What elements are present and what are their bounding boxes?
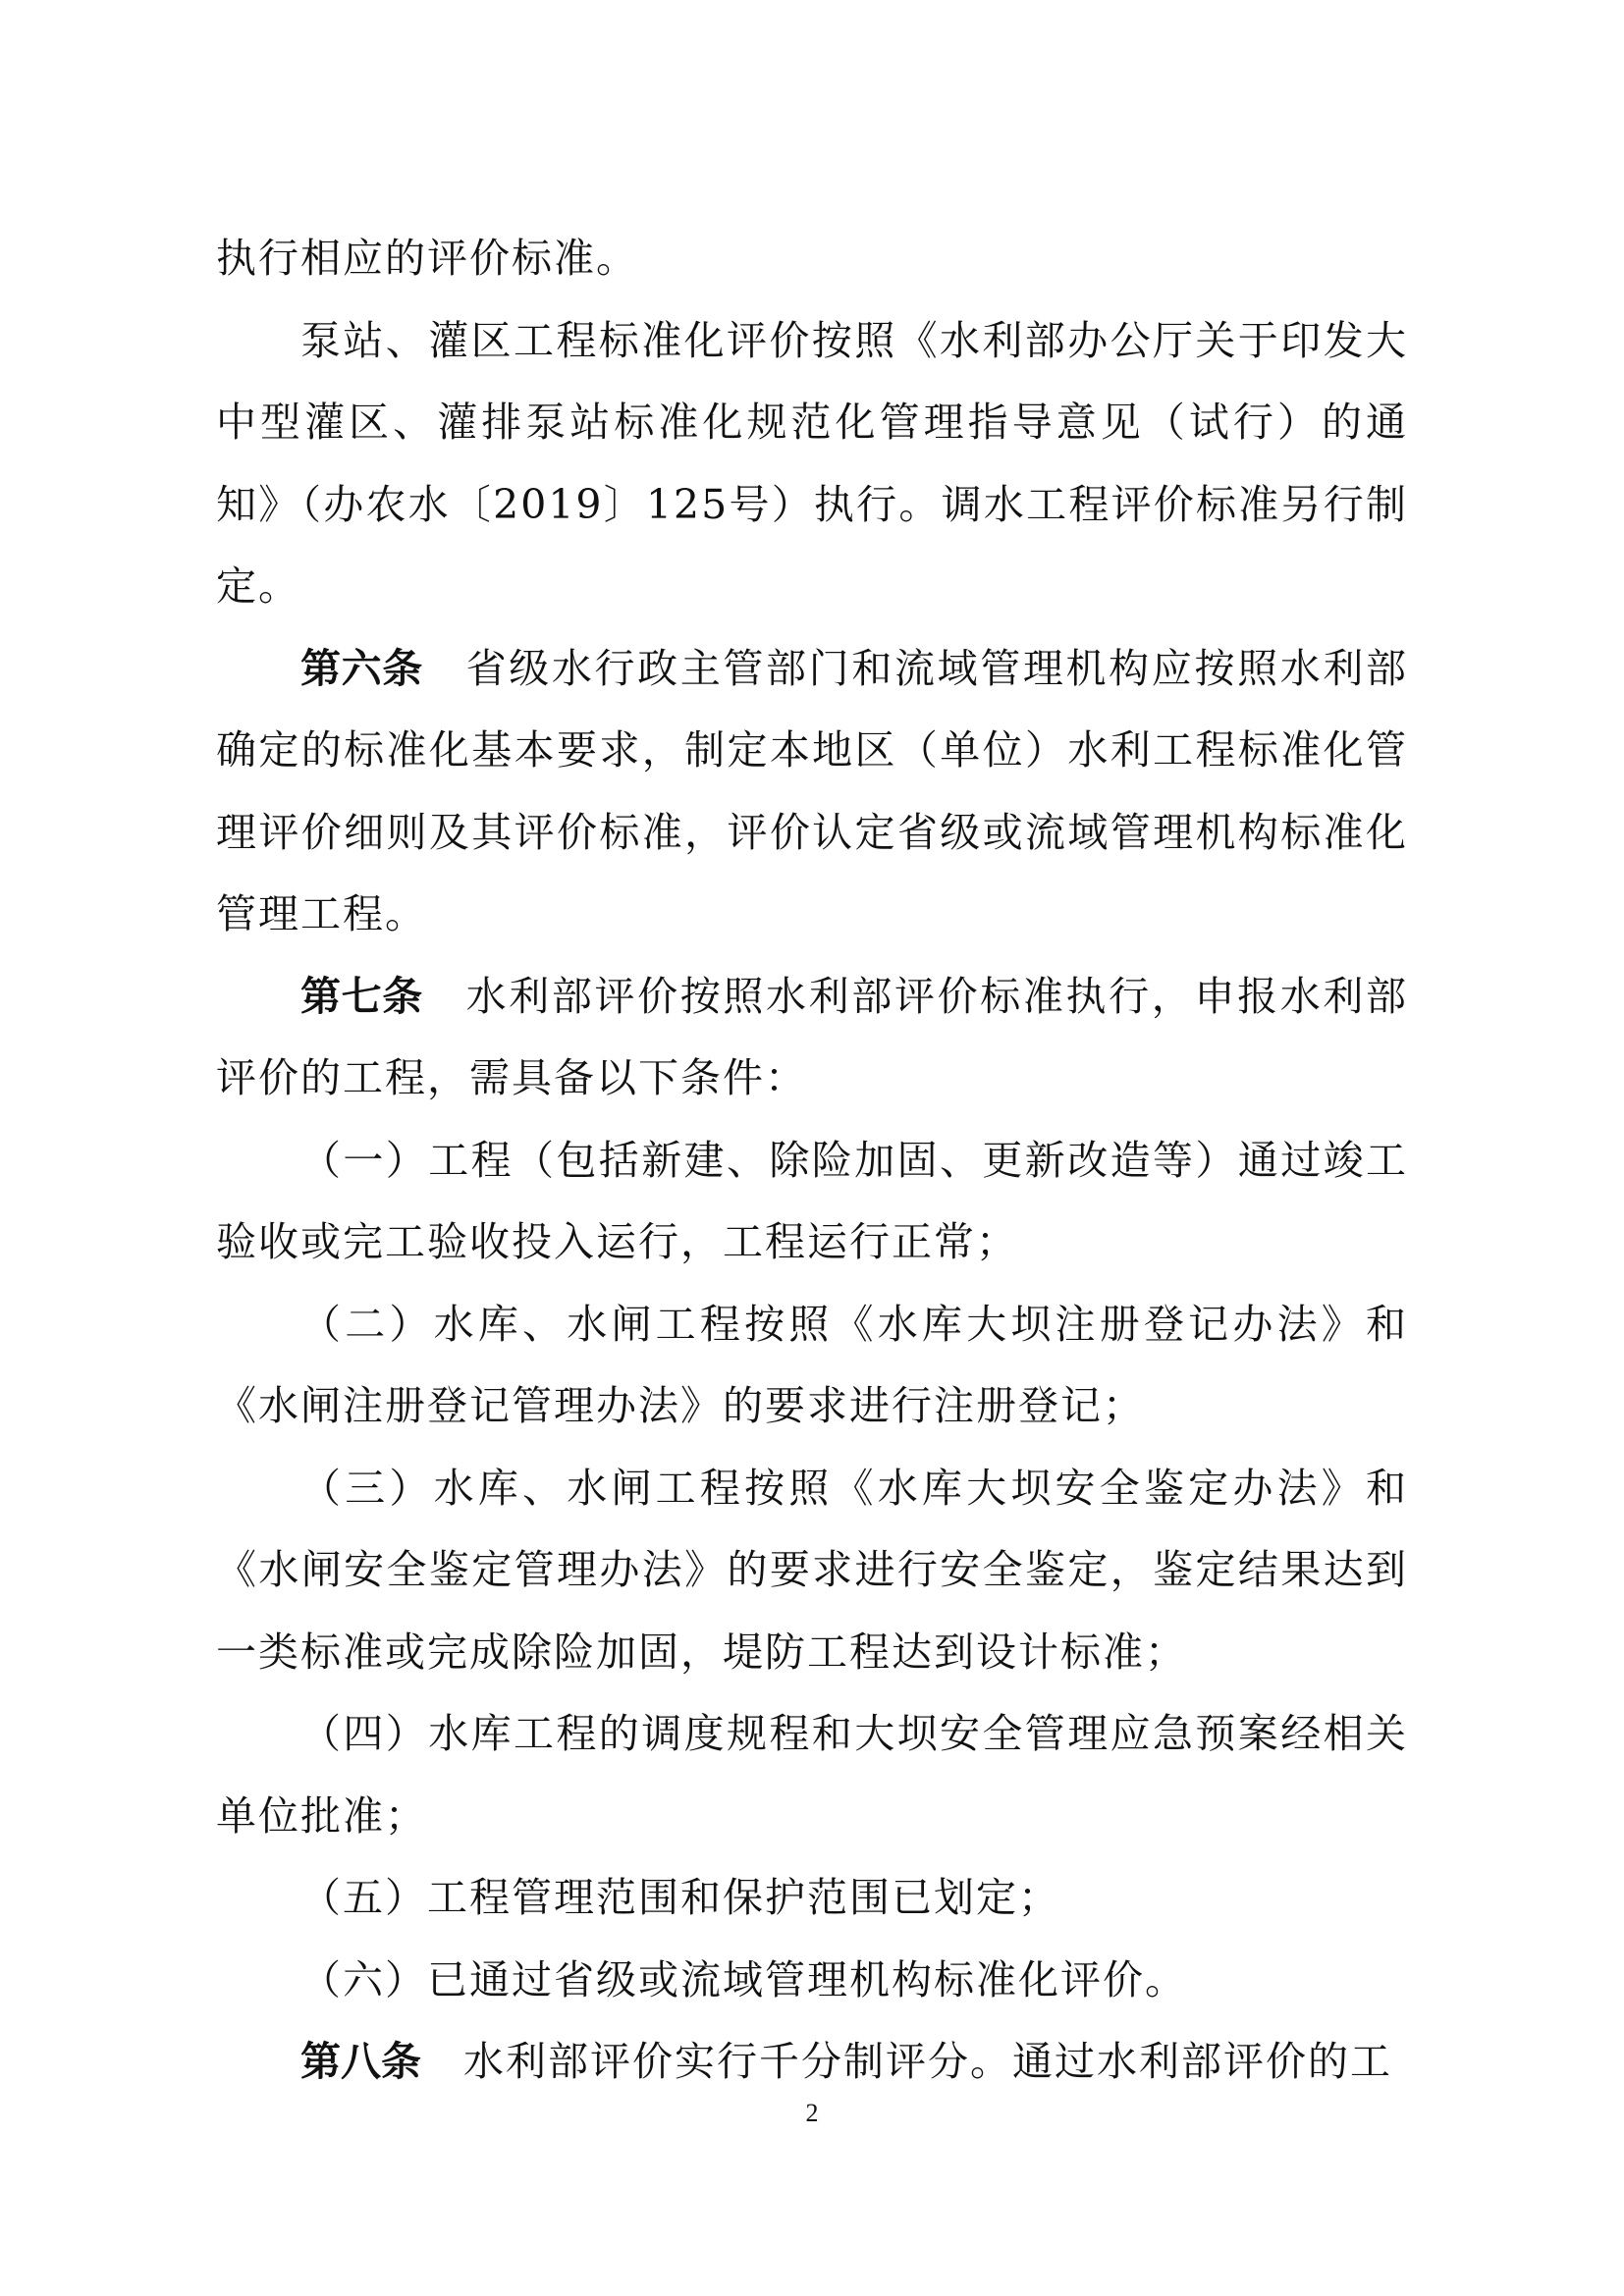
paragraph-text: （四）水库工程的调度规程和大坝安全管理应急预案经相关单位批准； [216,1710,1408,1840]
condition-item-5: （五）工程管理范围和保护范围已划定； [216,1857,1408,1940]
paragraph-text: （五）工程管理范围和保护范围已划定； [300,1874,1060,1921]
condition-item-3: （三）水库、水闸工程按照《水库大坝安全鉴定办法》和《水闸安全鉴定管理办法》的要求… [216,1448,1408,1694]
condition-item-6: （六）已通过省级或流域管理机构标准化评价。 [216,1940,1408,2022]
article-label: 第八条 [300,2038,421,2085]
condition-item-2: （二）水库、水闸工程按照《水库大坝注册登记办法》和《水闸注册登记管理办法》的要求… [216,1284,1408,1448]
paragraph-text: （一）工程（包括新建、除险加固、更新改造等）通过竣工验收或完工验收投入运行，工程… [216,1137,1408,1266]
paragraph-text: （三）水库、水闸工程按照《水库大坝安全鉴定办法》和《水闸安全鉴定管理办法》的要求… [216,1465,1408,1676]
paragraph-text: 泵站、灌区工程标准化评价按照《水利部办公厅关于印发大中型灌区、灌排泵站标准化规范… [216,317,1408,611]
article-label: 第六条 [300,645,423,692]
paragraph-text: 水利部评价实行千分制评分。通过水利部评价的工 [463,2038,1392,2085]
article-7: 第七条 水利部评价按照水利部评价标准执行，申报水利部评价的工程，需具备以下条件： [216,956,1408,1120]
condition-item-4: （四）水库工程的调度规程和大坝安全管理应急预案经相关单位批准； [216,1693,1408,1857]
paragraph-text: 执行相应的评价标准。 [216,235,638,282]
document-page: 执行相应的评价标准。 泵站、灌区工程标准化评价按照《水利部办公厅关于印发大中型灌… [0,0,1624,2296]
page-number: 2 [0,2099,1624,2128]
paragraph-continuation: 执行相应的评价标准。 [216,218,1408,300]
paragraph-text: （二）水库、水闸工程按照《水库大坝注册登记办法》和《水闸注册登记管理办法》的要求… [216,1301,1408,1430]
paragraph-text: （六）已通过省级或流域管理机构标准化评价。 [300,1956,1187,2003]
document-body: 执行相应的评价标准。 泵站、灌区工程标准化评价按照《水利部办公厅关于印发大中型灌… [216,218,1408,2104]
article-8: 第八条 水利部评价实行千分制评分。通过水利部评价的工 [216,2021,1408,2104]
condition-item-1: （一）工程（包括新建、除险加固、更新改造等）通过竣工验收或完工验收投入运行，工程… [216,1120,1408,1284]
paragraph-pump-irrigation: 泵站、灌区工程标准化评价按照《水利部办公厅关于印发大中型灌区、灌排泵站标准化规范… [216,300,1408,628]
article-label: 第七条 [300,973,423,1020]
article-6: 第六条 省级水行政主管部门和流域管理机构应按照水利部确定的标准化基本要求，制定本… [216,628,1408,956]
